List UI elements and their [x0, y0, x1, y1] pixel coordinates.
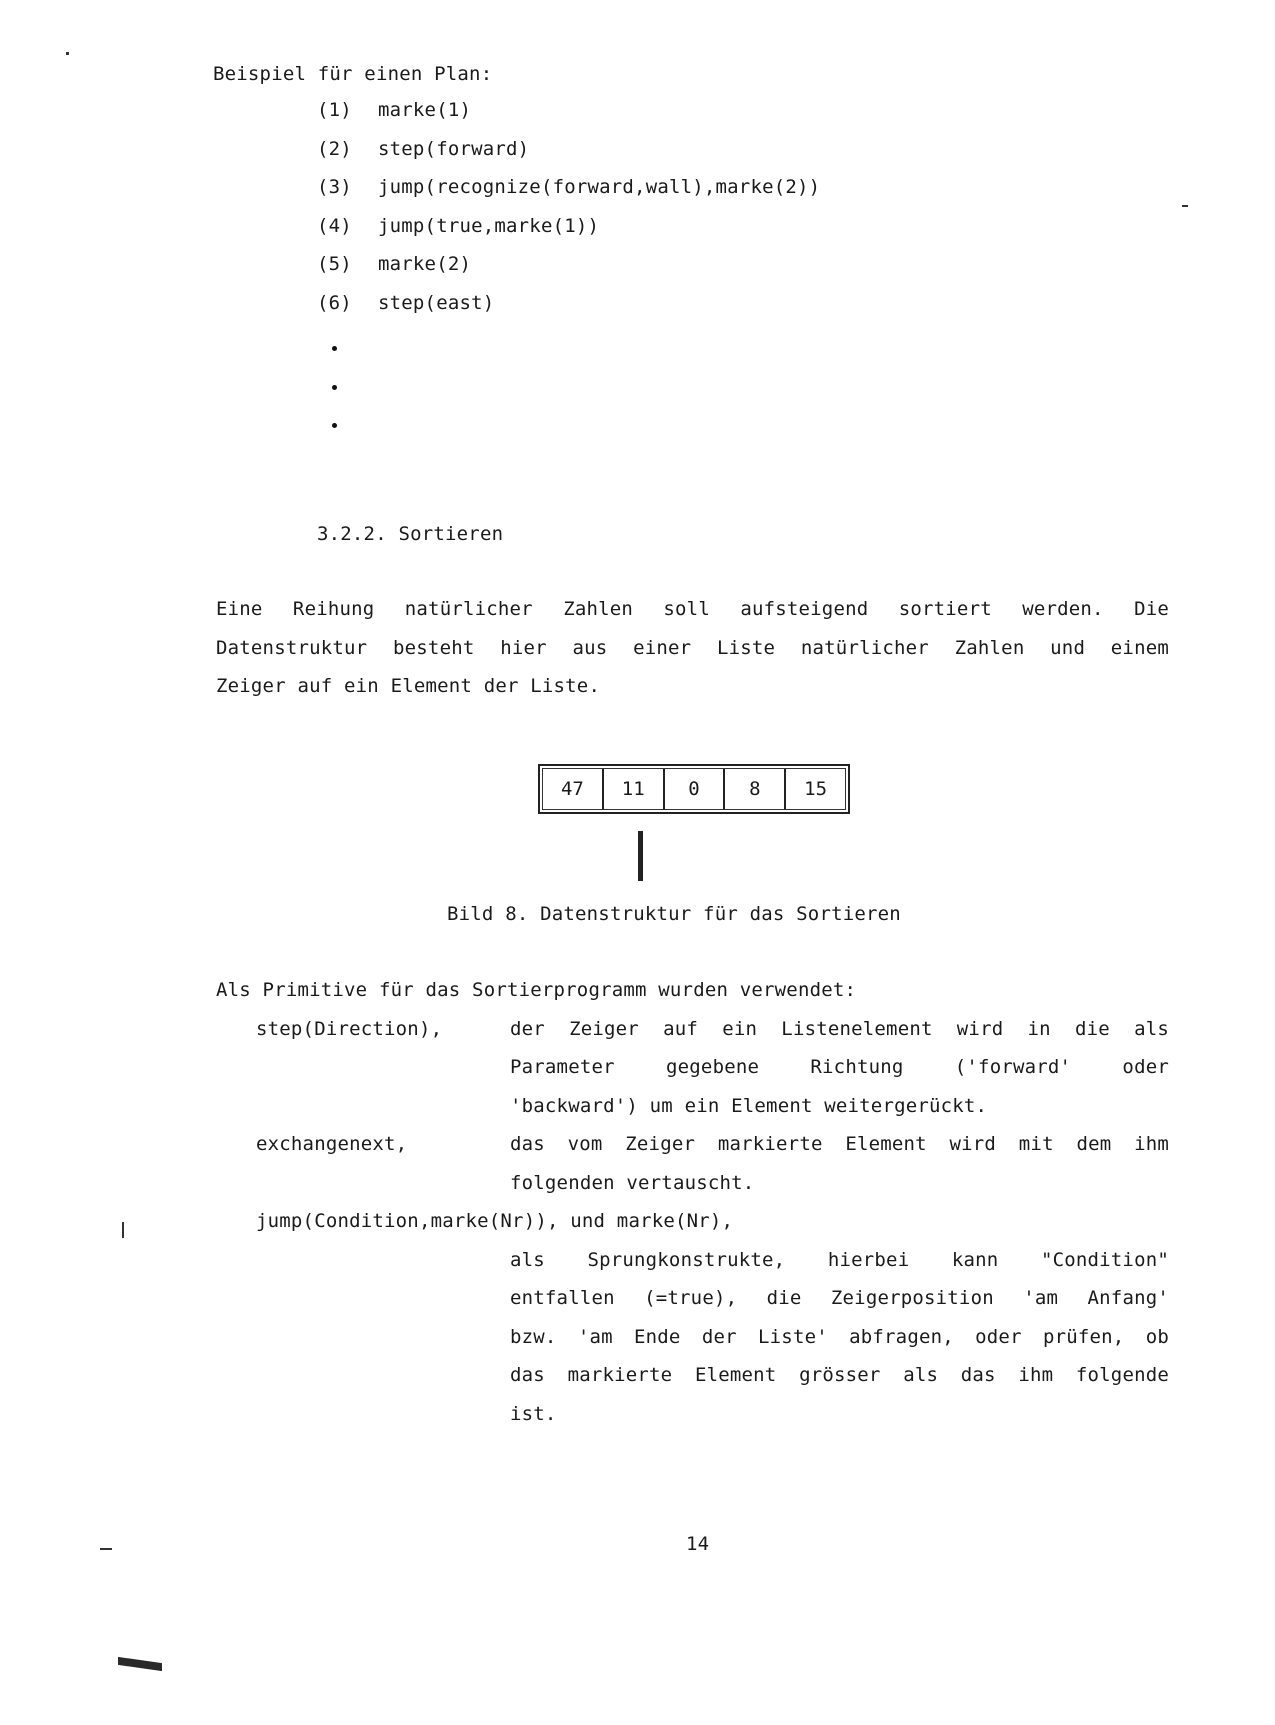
paragraph-line: Eine Reihung natürlicher Zahlen soll auf…	[216, 597, 1169, 621]
list-cell: 11	[604, 769, 665, 809]
plan-step-code: marke(2)	[378, 252, 471, 276]
scan-speck	[100, 1548, 112, 1550]
list-cell: 15	[786, 769, 845, 809]
pointer-marker-icon	[638, 831, 643, 881]
scan-speck	[122, 1222, 124, 1238]
page-number: 14	[686, 1532, 709, 1556]
primitive-desc-line: der Zeiger auf ein Listenelement wird in…	[510, 1017, 1169, 1041]
plan-step-number: (5)	[317, 252, 352, 276]
paragraph-line: Datenstruktur besteht hier aus einer Lis…	[216, 636, 1169, 660]
plan-step-number: (1)	[317, 98, 352, 122]
ellipsis-dot-icon	[332, 385, 337, 390]
plan-step-code: step(east)	[378, 291, 494, 315]
primitive-term: jump(Condition,marke(Nr)), und marke(Nr)…	[256, 1209, 733, 1233]
ellipsis-dot-icon	[332, 346, 337, 351]
plan-step-code: jump(recognize(forward,wall),marke(2))	[378, 175, 820, 199]
plan-step-number: (3)	[317, 175, 352, 199]
plan-step-code: jump(true,marke(1))	[378, 214, 599, 238]
primitive-term: exchangenext,	[256, 1132, 407, 1156]
primitive-desc-line: Parameter gegebene Richtung ('forward' o…	[510, 1055, 1169, 1079]
primitive-term: step(Direction),	[256, 1017, 442, 1041]
plan-step-code: marke(1)	[378, 98, 471, 122]
list-datastructure-figure: 47 11 0 8 15	[538, 764, 850, 814]
primitive-desc-line: das vom Zeiger markierte Element wird mi…	[510, 1132, 1169, 1156]
scan-speck	[66, 52, 69, 55]
plan-step-number: (6)	[317, 291, 352, 315]
plan-step-number: (2)	[317, 137, 352, 161]
primitives-intro: Als Primitive für das Sortierprogramm wu…	[216, 978, 856, 1002]
plan-intro: Beispiel für einen Plan:	[213, 62, 492, 86]
ellipsis-dot-icon	[332, 423, 337, 428]
figure-caption: Bild 8. Datenstruktur für das Sortieren	[447, 902, 901, 926]
list-cell: 47	[543, 769, 604, 809]
list-cell: 0	[665, 769, 726, 809]
primitive-desc-line: ist.	[510, 1402, 1169, 1426]
scan-speck	[118, 1657, 162, 1671]
section-heading: 3.2.2. Sortieren	[317, 522, 503, 546]
primitive-desc-line: entfallen (=true), die Zeigerposition 'a…	[510, 1286, 1169, 1310]
scan-speck	[1182, 205, 1188, 207]
primitive-desc-line: als Sprungkonstrukte, hierbei kann "Cond…	[510, 1248, 1169, 1272]
primitive-desc-line: folgenden vertauscht.	[510, 1171, 1169, 1195]
document-page: Beispiel für einen Plan: (1) marke(1) (2…	[0, 0, 1275, 1725]
paragraph-line: Zeiger auf ein Element der Liste.	[216, 674, 1169, 698]
primitive-desc-line: 'backward') um ein Element weitergerückt…	[510, 1094, 1169, 1118]
primitive-desc-line: das markierte Element grösser als das ih…	[510, 1363, 1169, 1387]
list-cell: 8	[725, 769, 786, 809]
plan-step-code: step(forward)	[378, 137, 529, 161]
primitive-desc-line: bzw. 'am Ende der Liste' abfragen, oder …	[510, 1325, 1169, 1349]
plan-step-number: (4)	[317, 214, 352, 238]
